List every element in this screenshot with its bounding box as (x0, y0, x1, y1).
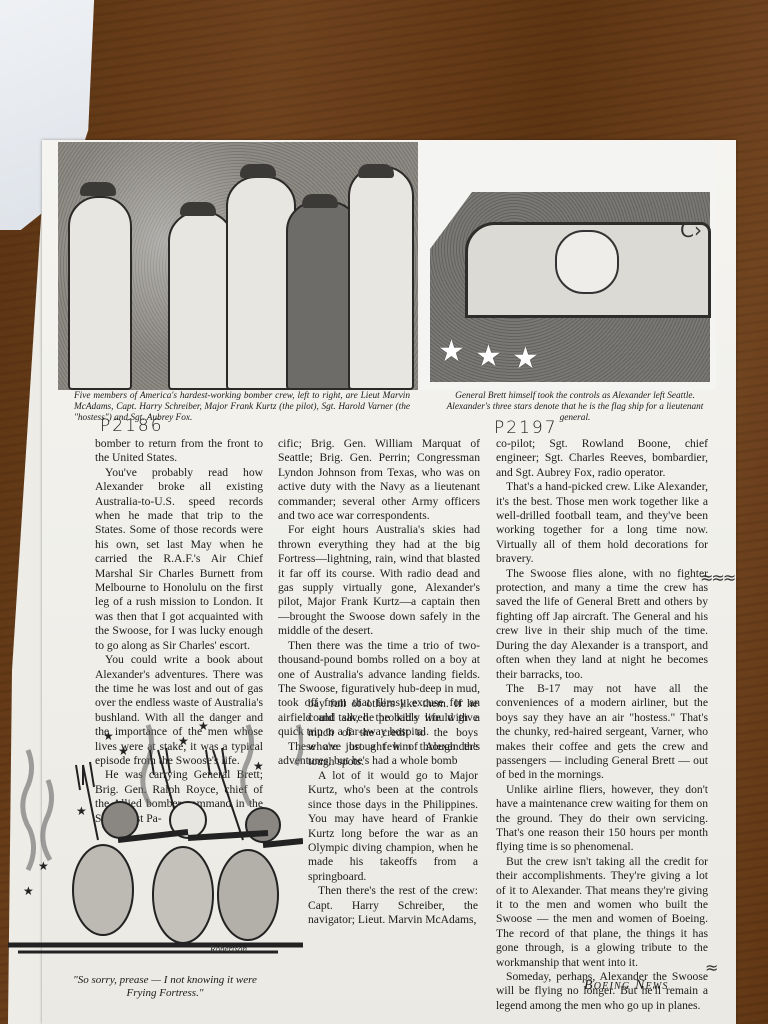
crew-figure (68, 196, 132, 390)
paragraph: But the crew isn't taking all the credit… (496, 855, 708, 970)
article-column-3: co-pilot; Sgt. Rowland Boone, chief engi… (496, 437, 708, 1013)
margin-doodle: C› (680, 218, 702, 242)
cartoon-illustration: ★★ ★★ ★★ ★★ (8, 720, 303, 960)
paragraph: co-pilot; Sgt. Rowland Boone, chief engi… (496, 437, 708, 480)
paragraph: The B-17 may not have all the convenienc… (496, 682, 708, 783)
general-brett-photo: ★ ★ ★ (420, 142, 716, 390)
svg-text:★: ★ (198, 720, 209, 733)
paragraph: You've probably read how Alexander broke… (95, 466, 263, 653)
pilot (555, 230, 619, 294)
handwritten-label: P2186 (100, 416, 164, 436)
cartoon-caption: "So sorry, prease — I not knowing it wer… (60, 974, 270, 1000)
paragraph: Then there's the rest of the crew: Capt.… (308, 884, 478, 927)
paragraph: For eight hours Australia's skies had th… (278, 523, 480, 638)
article-column-2-continued: bay full of others like them. If he coul… (308, 697, 478, 928)
paragraph: Unlike airline fliers, however, they don… (496, 783, 708, 855)
handwritten-label: P2197 (494, 418, 558, 438)
svg-text:★: ★ (23, 884, 34, 898)
svg-text:★: ★ (178, 734, 189, 748)
margin-doodle: ≈≈≈ (700, 568, 734, 587)
paragraph: A lot of it would go to Major Kurtz, who… (308, 769, 478, 884)
crew-photo (58, 142, 418, 390)
crew-figure (348, 166, 414, 390)
star-icon: ★ (438, 337, 465, 367)
paragraph: bomber to return from the front to the U… (95, 437, 263, 466)
artist-signature: Robertson (210, 944, 247, 954)
crew-cap (80, 182, 116, 196)
crew-cap (358, 164, 394, 178)
paragraph: cific; Brig. Gen. William Marquat of Sea… (278, 437, 480, 523)
paragraph: bay full of others like them. If he coul… (308, 697, 478, 769)
star-icon: ★ (475, 342, 502, 372)
svg-text:★: ★ (253, 759, 264, 773)
margin-doodle: ≈ (705, 958, 718, 977)
crew-cap (180, 202, 216, 216)
paragraph: The Swoose flies alone, with no fighter … (496, 567, 708, 682)
svg-text:★: ★ (38, 859, 49, 873)
svg-text:★: ★ (76, 804, 87, 818)
svg-text:★: ★ (103, 729, 114, 743)
crew-figure (168, 211, 234, 390)
brett-photo-caption: General Brett himself took the controls … (440, 391, 710, 424)
crew-cap (240, 164, 276, 178)
publication-masthead: Boeing News (584, 978, 669, 994)
crew-cap (302, 194, 338, 208)
paragraph: That's a hand-picked crew. Like Alexande… (496, 480, 708, 566)
svg-text:★: ★ (118, 744, 129, 758)
star-icon: ★ (512, 344, 539, 374)
